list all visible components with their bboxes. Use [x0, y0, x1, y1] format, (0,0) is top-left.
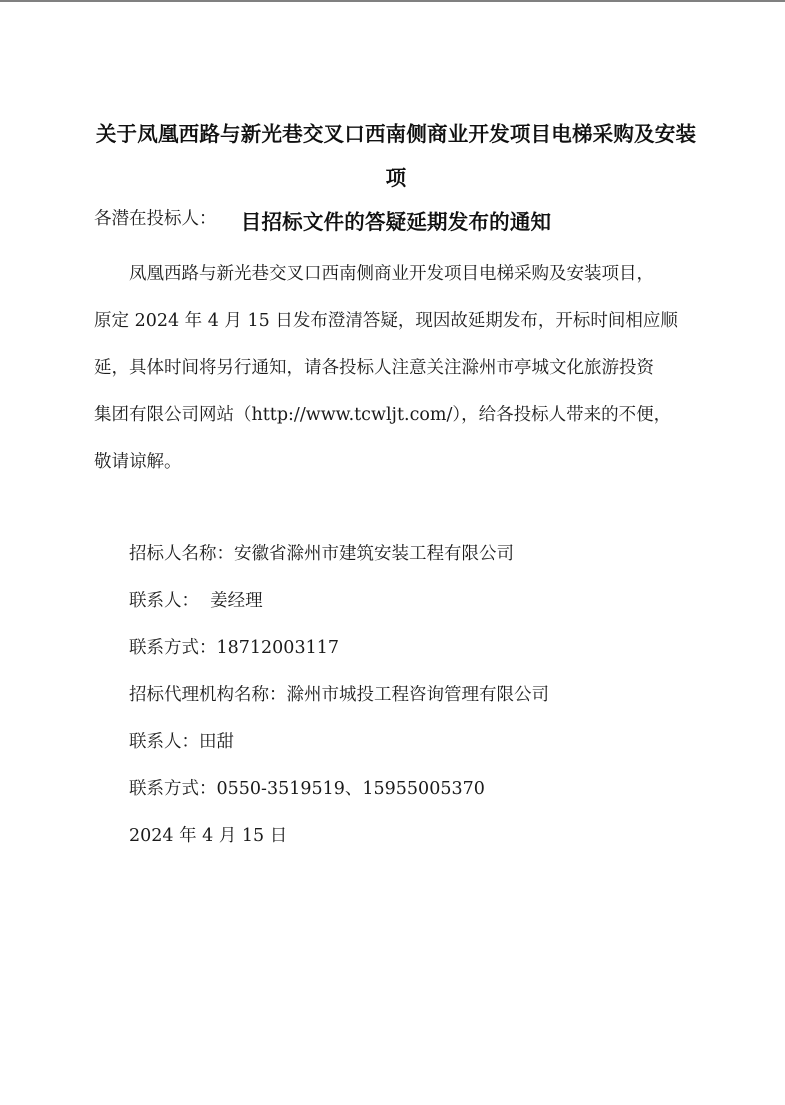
body-line-3: 延，具体时间将另行通知，请各投标人注意关注滁州市亭城文化旅游投资 [94, 345, 698, 392]
body-line-5: 敬请谅解。 [94, 439, 698, 486]
agency-name: 滁州市城投工程咨询管理有限公司 [287, 685, 550, 705]
agency-name-row: 招标代理机构名称：滁州市城投工程咨询管理有限公司 [129, 672, 549, 719]
agency-name-label: 招标代理机构名称： [129, 685, 287, 705]
tenderer-phone-row: 联系方式：18712003117 [129, 625, 549, 672]
agency-contact-row: 联系人：田甜 [129, 719, 549, 766]
page-top-border [0, 0, 785, 2]
notice-date: 2024 年 4 月 15 日 [129, 813, 549, 860]
body-paragraph: 凤凰西路与新光巷交叉口西南侧商业开发项目电梯采购及安装项目， 原定 2024 年… [94, 251, 698, 486]
tenderer-name: 安徽省滁州市建筑安装工程有限公司 [234, 544, 514, 564]
agency-phone: 0550-3519519、15955005370 [217, 779, 485, 799]
body-line-4: 集团有限公司网站（http://www.tcwljt.com/），给各投标人带来… [94, 392, 698, 439]
tenderer-name-row: 招标人名称：安徽省滁州市建筑安装工程有限公司 [129, 531, 549, 578]
salutation: 各潜在投标人： [94, 204, 217, 234]
agency-phone-label: 联系方式： [129, 779, 217, 799]
agency-phone-row: 联系方式：0550-3519519、15955005370 [129, 766, 549, 813]
tenderer-phone-label: 联系方式： [129, 638, 217, 658]
contact-block: 招标人名称：安徽省滁州市建筑安装工程有限公司 联系人： 姜经理 联系方式：187… [129, 531, 549, 860]
tenderer-contact-label: 联系人： [129, 591, 199, 611]
agency-contact: 田甜 [199, 732, 234, 752]
tenderer-contact-row: 联系人： 姜经理 [129, 578, 549, 625]
body-line-2: 原定 2024 年 4 月 15 日发布澄清答疑，现因故延期发布，开标时间相应顺 [94, 298, 698, 345]
body-line-1: 凤凰西路与新光巷交叉口西南侧商业开发项目电梯采购及安装项目， [94, 251, 698, 298]
tenderer-contact: 姜经理 [199, 591, 263, 611]
tenderer-phone: 18712003117 [217, 638, 339, 658]
agency-contact-label: 联系人： [129, 732, 199, 752]
title-line-1: 关于凤凰西路与新光巷交叉口西南侧商业开发项目电梯采购及安装项 [94, 112, 698, 200]
tenderer-name-label: 招标人名称： [129, 544, 234, 564]
